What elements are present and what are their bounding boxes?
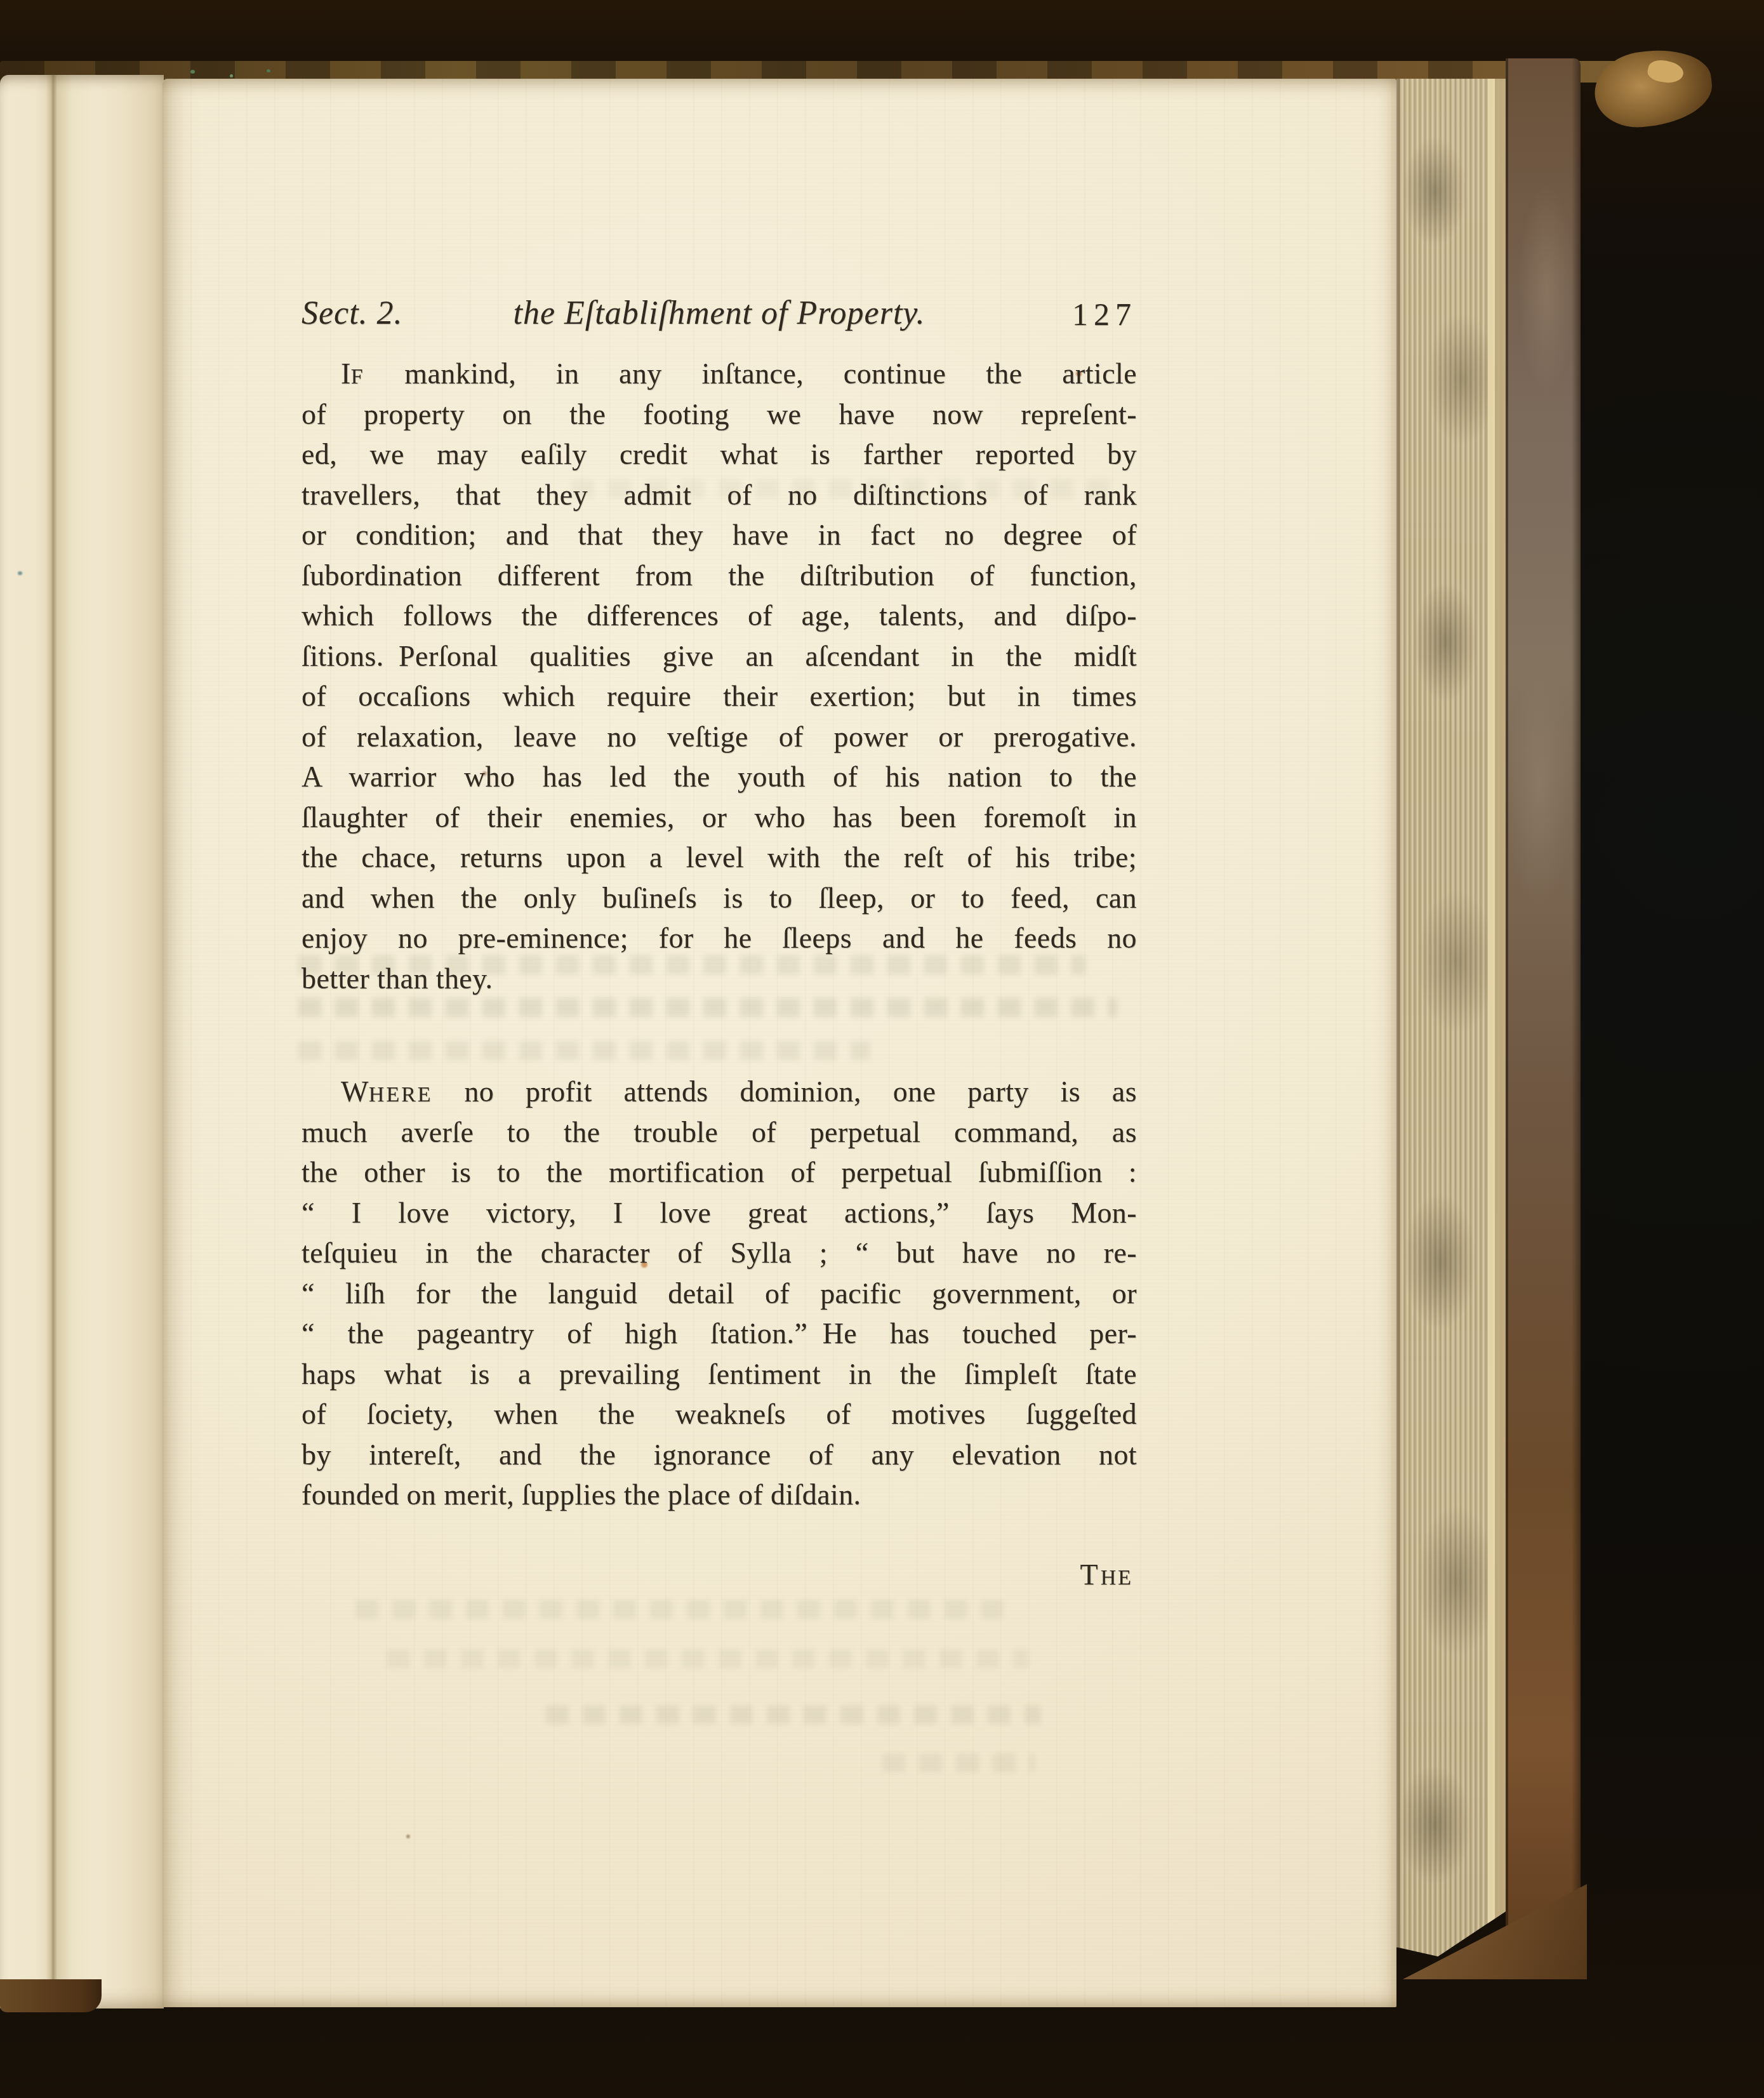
paragraph-2: WHERE no profit attends dominion, one pa… bbox=[302, 1072, 1137, 1515]
catchword: THE bbox=[1080, 1558, 1133, 1591]
page-number: 127 bbox=[1072, 294, 1137, 335]
text-line: of relaxation, leave no veſtige of power… bbox=[302, 717, 1137, 757]
text-line: the chace, returns upon a level with the… bbox=[302, 837, 1137, 878]
text-line: “ I love victory, I love great actions,”… bbox=[302, 1193, 1137, 1233]
text-line: teſquieu in the character of Sylla ; “ b… bbox=[302, 1233, 1137, 1273]
section-label: Sect. 2. bbox=[302, 293, 403, 334]
cover-speckle bbox=[267, 69, 270, 72]
text-line: enjoy no pre-eminence; for he ſleeps and… bbox=[302, 918, 1137, 959]
text-line: “ the pageantry of high ſtation.” He has… bbox=[302, 1313, 1137, 1354]
text-line: ſubordination different from the diſtrib… bbox=[302, 555, 1137, 596]
paragraph-1: IF mankind, in any inſtance, continue th… bbox=[302, 354, 1137, 999]
text-line: the other is to the mortification of per… bbox=[302, 1152, 1137, 1193]
bottom-cover-sliver bbox=[0, 1979, 102, 2012]
left-page-edges-gutter bbox=[0, 75, 164, 2008]
text-line: and when the only buſineſs is to ſleep, … bbox=[302, 878, 1137, 919]
text-line: ſlaughter of their enemies, or who has b… bbox=[302, 797, 1137, 838]
line-text: mankind, in any inſtance, continue the a… bbox=[365, 357, 1137, 390]
text-line: IF mankind, in any inſtance, continue th… bbox=[302, 354, 1137, 394]
text-line: of occaſions which require their exertio… bbox=[302, 676, 1137, 717]
cover-speckle bbox=[190, 70, 195, 74]
text-line: WHERE no profit attends dominion, one pa… bbox=[302, 1072, 1137, 1112]
book-page: Sect. 2. the Eſtabliſhment of Property. … bbox=[162, 79, 1396, 2007]
lead-capital: W bbox=[341, 1075, 369, 1108]
text-line: of property on the footing we have now r… bbox=[302, 394, 1137, 435]
lead-capital: I bbox=[341, 357, 351, 390]
text-line: travellers, that they admit of no diſtin… bbox=[302, 475, 1137, 515]
fore-edge-page-block bbox=[1396, 79, 1506, 1956]
lead-small-caps: HERE bbox=[369, 1083, 433, 1106]
text-block: Sect. 2. the Eſtabliſhment of Property. … bbox=[302, 79, 1137, 2007]
page-header: Sect. 2. the Eſtabliſhment of Property. … bbox=[302, 293, 1137, 339]
text-line: ſitions. Perſonal qualities give an aſce… bbox=[302, 636, 1137, 677]
leather-board-edge bbox=[1506, 58, 1581, 1975]
running-title: the Eſtabliſhment of Property. bbox=[513, 293, 925, 334]
text-line: better than they. bbox=[302, 959, 1137, 999]
text-line: by intereſt, and the ignorance of any el… bbox=[302, 1435, 1137, 1475]
line-text: no profit attends dominion, one party is… bbox=[433, 1075, 1137, 1108]
text-line: A warrior who has led the youth of his n… bbox=[302, 757, 1137, 797]
lead-small-caps: F bbox=[351, 365, 365, 388]
text-line: or condition; and that they have in fact… bbox=[302, 515, 1137, 555]
catchword-small-caps: HE bbox=[1101, 1566, 1133, 1590]
cover-speckle bbox=[230, 74, 233, 77]
text-line: founded on merit, ſupplies the place of … bbox=[302, 1475, 1137, 1515]
catchword-capital: T bbox=[1080, 1558, 1101, 1591]
blue-fleck bbox=[18, 571, 22, 575]
text-line: “ liſh for the languid detail of pacific… bbox=[302, 1273, 1137, 1314]
text-line: of ſociety, when the weakneſs of motives… bbox=[302, 1394, 1137, 1435]
text-line: ed, we may eaſily credit what is farther… bbox=[302, 434, 1137, 475]
text-line: much averſe to the trouble of perpetual … bbox=[302, 1112, 1137, 1153]
book-photograph: Sect. 2. the Eſtabliſhment of Property. … bbox=[0, 0, 1764, 2098]
text-line: haps what is a prevailing ſentiment in t… bbox=[302, 1354, 1137, 1395]
text-line: which follows the differences of age, ta… bbox=[302, 595, 1137, 636]
